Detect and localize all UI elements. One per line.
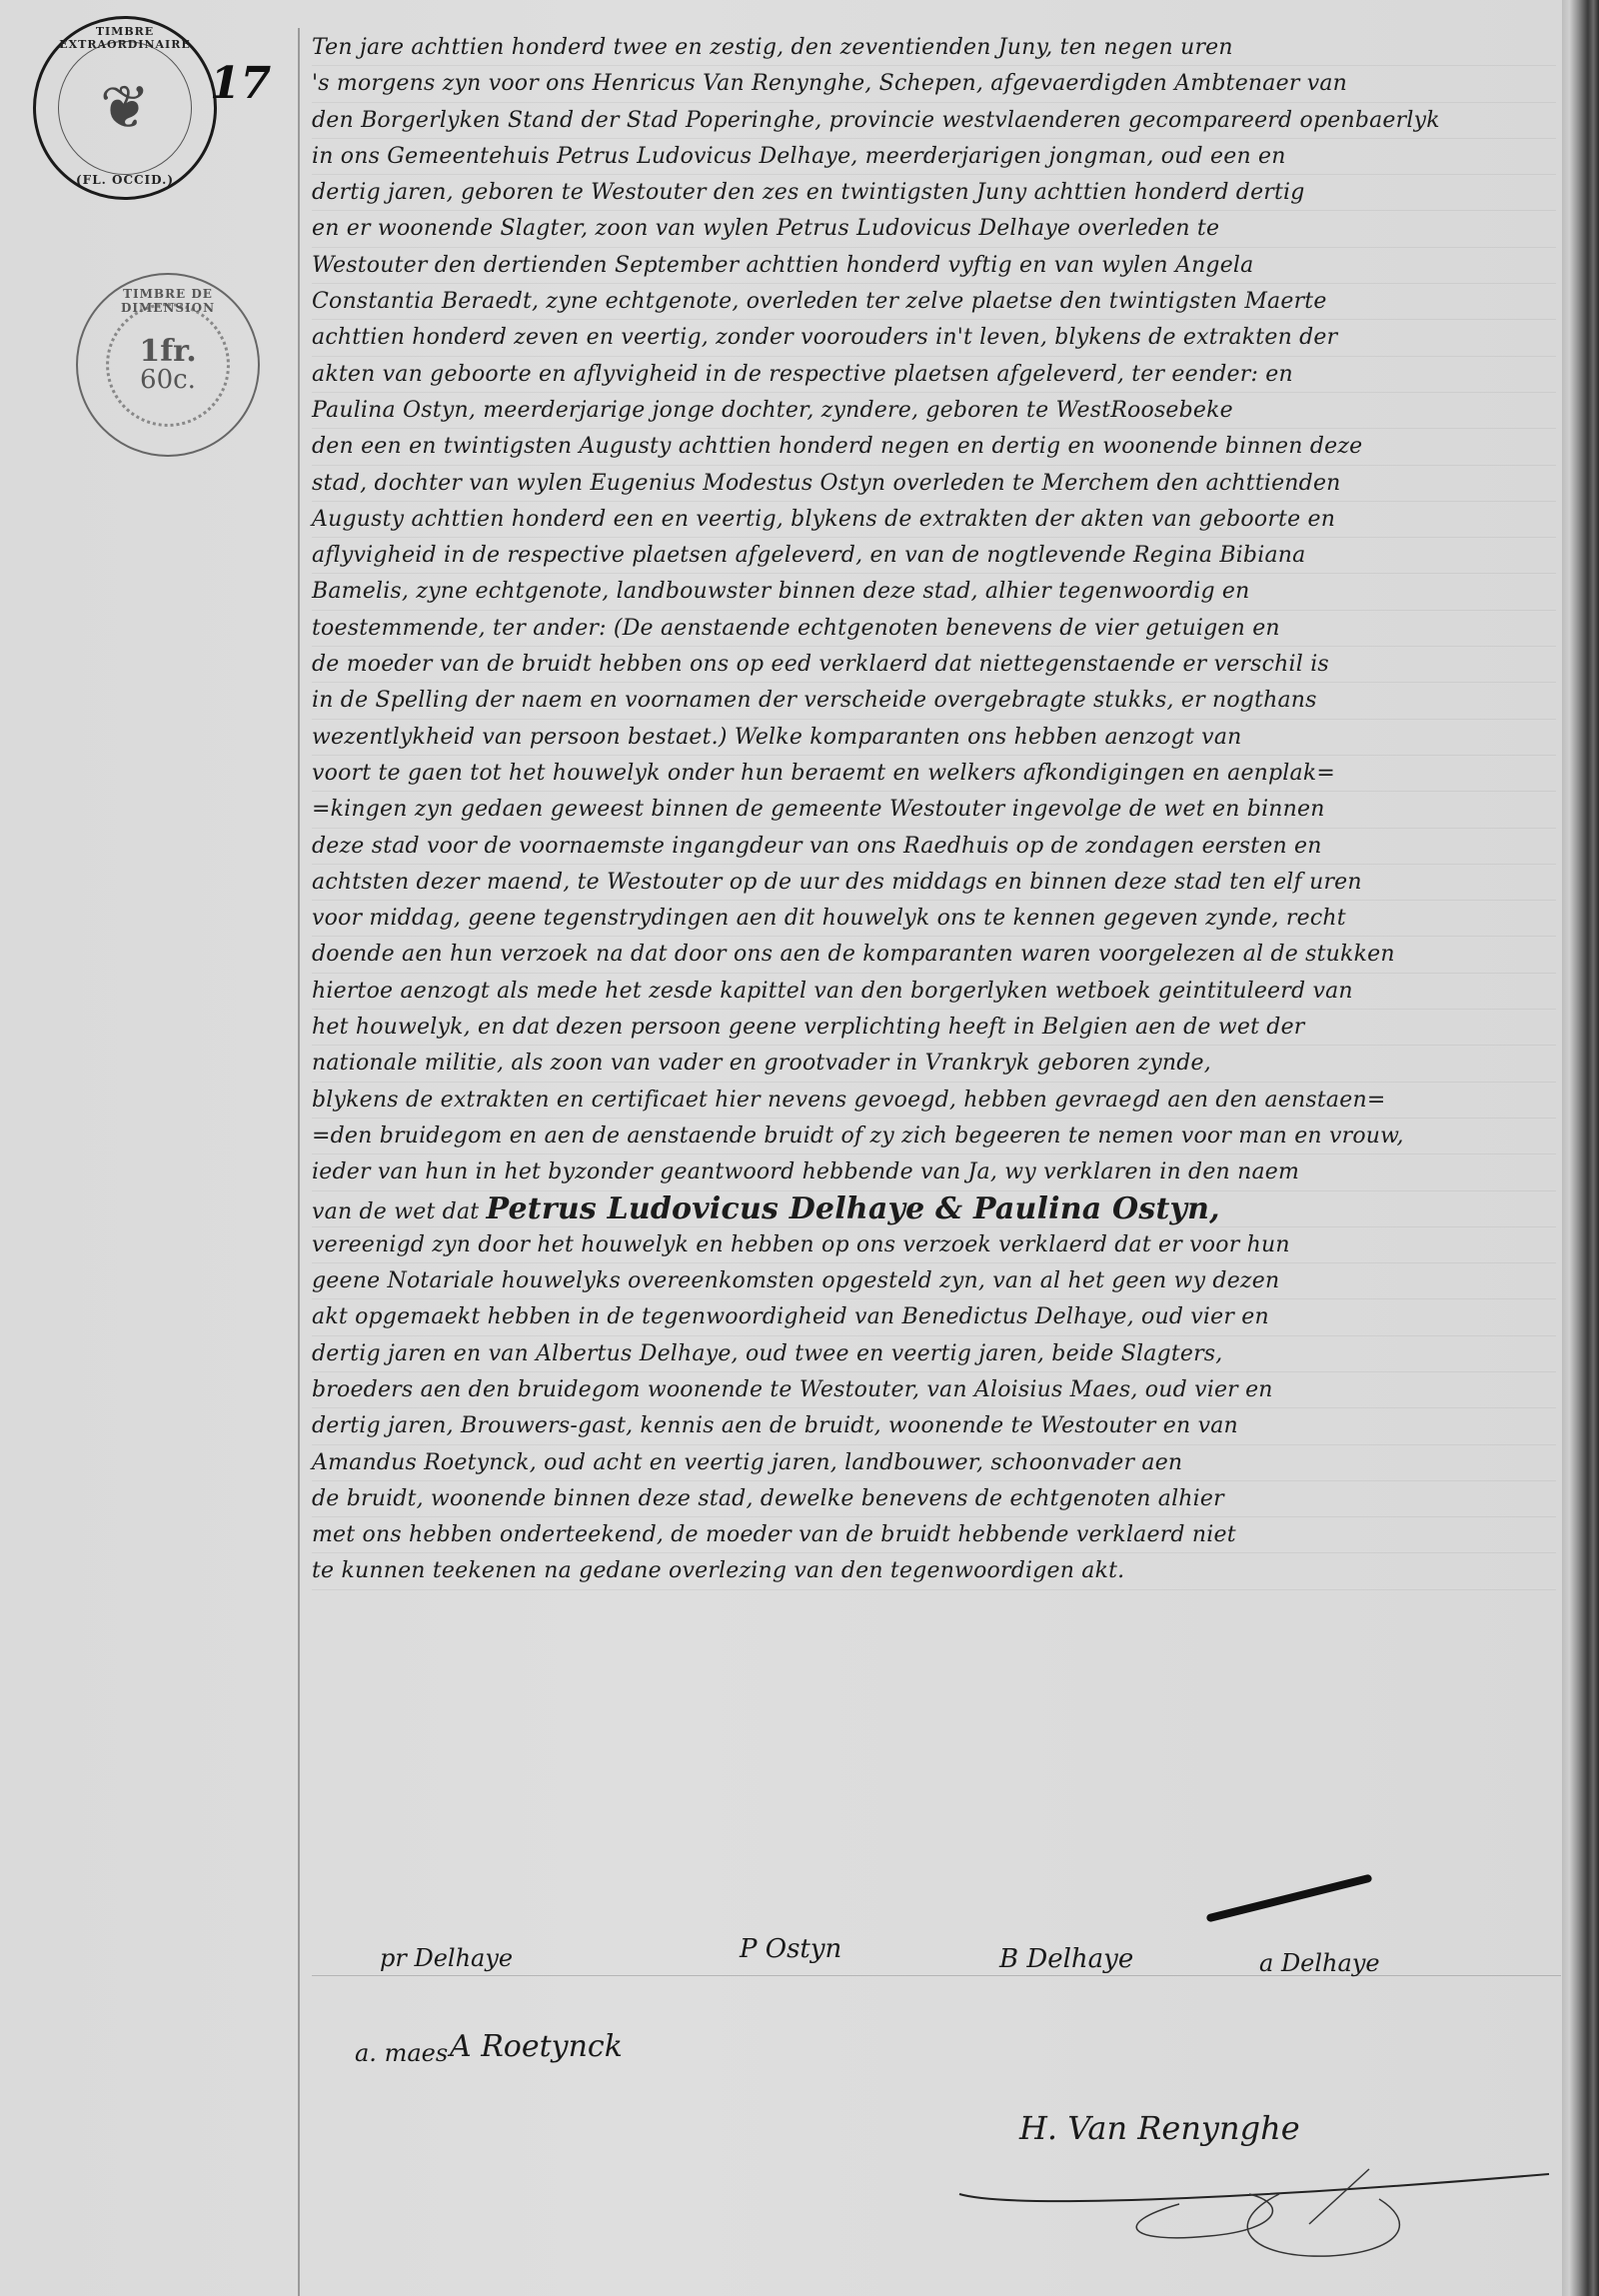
certificate-line: akt opgemaekt hebben in de tegenwoordigh… <box>312 1299 1556 1335</box>
certificate-line: te kunnen teekenen na gedane overlezing … <box>312 1553 1556 1589</box>
certificate-line: Westouter den dertienden September achtt… <box>312 248 1556 284</box>
margin-rule <box>298 28 300 2296</box>
certificate-line: toestemmende, ter ander: (De aenstaende … <box>312 611 1556 647</box>
certificate-line: vereenigd zyn door het houwelyk en hebbe… <box>312 1227 1556 1263</box>
stamp-ring-bottom: (FL. OCCID.) <box>36 173 214 187</box>
document-page: TIMBRE EXTRAORDINAIRE ❦ (FL. OCCID.) 17 … <box>0 0 1599 2296</box>
certificate-line: en er woonende Slagter, zoon van wylen P… <box>312 211 1556 247</box>
certificate-body: Ten jare achttien honderd twee en zestig… <box>312 30 1556 1590</box>
signature-official: H. Van Renynghe <box>1019 2109 1300 2147</box>
certificate-line: in de Spelling der naem en voornamen der… <box>312 683 1556 719</box>
certificate-line: dertig jaren, Brouwers-gast, kennis aen … <box>312 1408 1556 1444</box>
signature-flourish-icon <box>949 2164 1569 2274</box>
certificate-line: ieder van hun in het byzonder geantwoord… <box>312 1154 1556 1190</box>
certificate-line: in ons Gemeentehuis Petrus Ludovicus Del… <box>312 139 1556 175</box>
signature-witness-roetynck: A Roetynck <box>450 2029 623 2064</box>
extraordinary-stamp: TIMBRE EXTRAORDINAIRE ❦ (FL. OCCID.) <box>33 16 217 200</box>
stamp-ring-text: TIMBRE EXTRAORDINAIRE <box>36 25 214 51</box>
certificate-line: achtsten dezer maend, te Westouter op de… <box>312 865 1556 901</box>
certificate-line: wezentlykheid van persoon bestaet.) Welk… <box>312 720 1556 756</box>
spouses-names: Petrus Ludovicus Delhaye & Paulina Ostyn… <box>487 1191 1220 1226</box>
certificate-line: =den bruidegom en aen de aenstaende brui… <box>312 1119 1556 1154</box>
signature-bride: P Ostyn <box>740 1934 841 1964</box>
certificate-line: van de wet dat Petrus Ludovicus Delhaye … <box>312 1191 1556 1227</box>
certificate-line: Paulina Ostyn, meerderjarige jonge docht… <box>312 393 1556 429</box>
certificate-line: nationale militie, als zoon van vader en… <box>312 1046 1556 1082</box>
certificate-line: het houwelyk, en dat dezen persoon geene… <box>312 1010 1556 1046</box>
certificate-line: dertig jaren en van Albertus Delhaye, ou… <box>312 1336 1556 1372</box>
signature-groom: pr Delhaye <box>380 1944 513 1972</box>
certificate-line: Amandus Roetynck, oud acht en veertig ja… <box>312 1445 1556 1481</box>
stamp-ring-text: TIMBRE DE DIMENSION <box>78 287 258 315</box>
certificate-line: broeders aen den bruidegom woonende te W… <box>312 1372 1556 1408</box>
certificate-line: Augusty achttien honderd een en veertig,… <box>312 502 1556 538</box>
certificate-line: met ons hebben onderteekend, de moeder v… <box>312 1517 1556 1553</box>
certificate-line: =kingen zyn gedaen geweest binnen de gem… <box>312 792 1556 828</box>
act-number: 17 <box>210 58 271 109</box>
certificate-line: deze stad voor de voornaemste ingangdeur… <box>312 829 1556 865</box>
certificate-line: blykens de extrakten en certificaet hier… <box>312 1083 1556 1119</box>
certificate-line: geene Notariale houwelyks overeenkomsten… <box>312 1263 1556 1299</box>
lion-emblem-icon: ❦ <box>100 78 150 138</box>
dimension-stamp: TIMBRE DE DIMENSION 1fr. 60c. <box>76 273 260 457</box>
stamp-value-francs: 1fr. <box>139 337 196 367</box>
certificate-line: voort te gaen tot het houwelyk onder hun… <box>312 756 1556 792</box>
certificate-line: voor middag, geene tegenstrydingen aen d… <box>312 901 1556 937</box>
certificate-line: hiertoe aenzogt als mede het zesde kapit… <box>312 974 1556 1010</box>
signature-witness-benedictus: B Delhaye <box>999 1944 1133 1974</box>
certificate-line: aflyvigheid in de respective plaetsen af… <box>312 538 1556 574</box>
certificate-line: achttien honderd zeven en veertig, zonde… <box>312 320 1556 356</box>
pen-flourish <box>1206 1874 1373 1923</box>
signature-witness-albertus: a Delhaye <box>1259 1949 1380 1977</box>
certificate-line: 's morgens zyn voor ons Henricus Van Ren… <box>312 66 1556 102</box>
certificate-line: Bamelis, zyne echtgenote, landbouwster b… <box>312 574 1556 610</box>
certificate-line: den een en twintigsten Augusty achttien … <box>312 429 1556 465</box>
page-binding-edge <box>1562 0 1599 2296</box>
certificate-line: de moeder van de bruidt hebben ons op ee… <box>312 647 1556 683</box>
certificate-line: doende aen hun verzoek na dat door ons a… <box>312 937 1556 973</box>
stamp-value-centimes: 60c. <box>140 367 196 393</box>
certificate-line: Constantia Beraedt, zyne echtgenote, ove… <box>312 284 1556 320</box>
signature-witness-maes: a. maes <box>355 2039 448 2067</box>
certificate-line: akten van geboorte en aflyvigheid in de … <box>312 357 1556 393</box>
certificate-line: de bruidt, woonende binnen deze stad, de… <box>312 1481 1556 1517</box>
certificate-line: dertig jaren, geboren te Westouter den z… <box>312 175 1556 211</box>
certificate-line: Ten jare achttien honderd twee en zestig… <box>312 30 1556 66</box>
certificate-line: den Borgerlyken Stand der Stad Poperingh… <box>312 103 1556 139</box>
certificate-line: stad, dochter van wylen Eugenius Modestu… <box>312 466 1556 502</box>
